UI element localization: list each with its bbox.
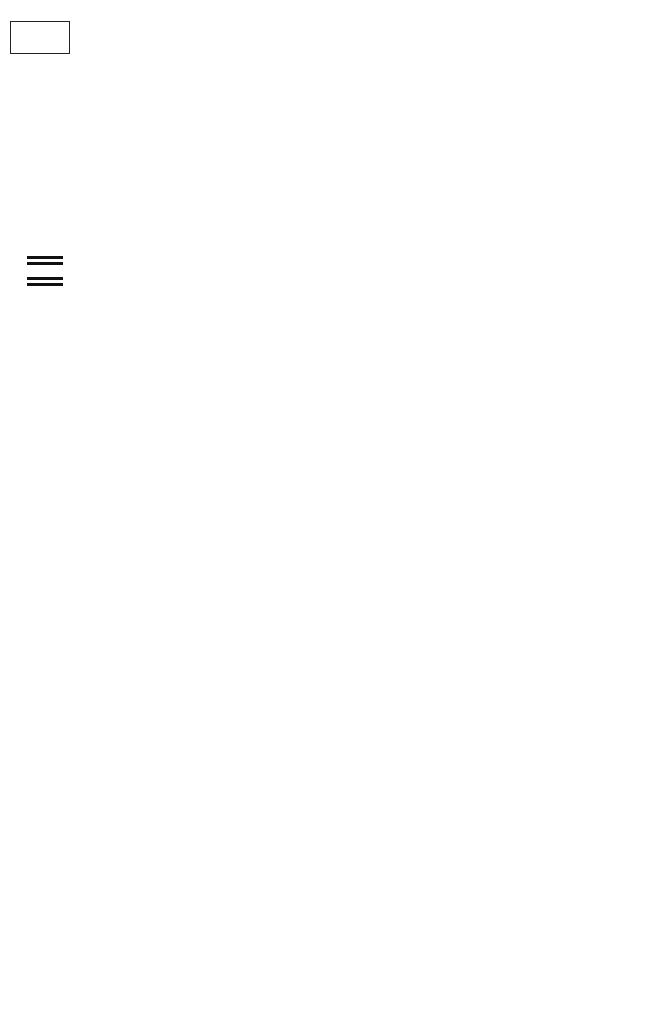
triple-bar-icon: [27, 277, 63, 286]
riddle-current-line: [26, 272, 64, 290]
riddle-previous-line: [26, 251, 64, 269]
triple-bar-icon: [27, 256, 63, 265]
latest-version-badge: [10, 21, 70, 54]
